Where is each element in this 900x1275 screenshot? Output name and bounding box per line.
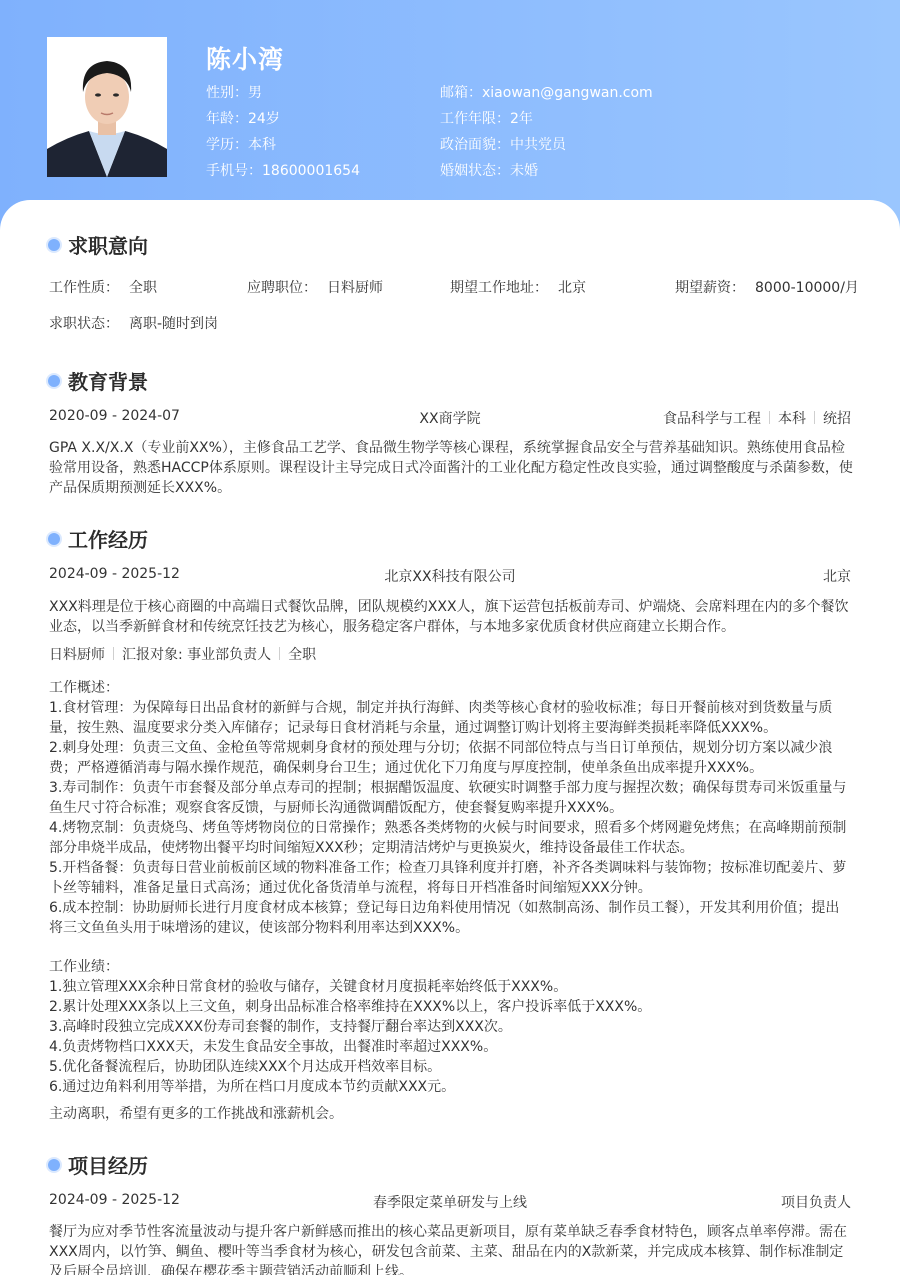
section-title-project: 项目经历 <box>48 1150 148 1179</box>
field-label: 工作性质： <box>49 280 119 296</box>
achievement-item: 3.高峰时段独立完成XXX份寿司套餐的制作，支持餐厅翻台率达到XXX次。 <box>49 1017 853 1037</box>
phone-field: 手机号：18600001654 <box>206 161 360 187</box>
field-value: 北京 <box>558 280 586 296</box>
overview-item: 2.刺身处理：负责三文鱼、金枪鱼等常规刺身食材的预处理与分切；依据不同部位特点与… <box>49 738 853 778</box>
overview-item: 1.食材管理：为保障每日出品食材的新鲜与合规，制定并执行海鲜、肉类等核心食材的验… <box>49 698 853 738</box>
section-title-text: 求职意向 <box>68 230 148 259</box>
field-label: 期望工作地址： <box>450 280 548 296</box>
section-title-job-intent: 求职意向 <box>48 230 148 259</box>
education-header-row: 2020-09 - 2024-07 XX商学院 食品科学与工程本科统招 <box>49 408 851 428</box>
age-field: 年龄：24岁 <box>206 109 360 135</box>
bullet-dot-icon <box>48 375 60 387</box>
candidate-name: 陈小湾 <box>206 40 284 76</box>
section-title-education: 教育背景 <box>48 366 148 395</box>
work-overview: 工作概述： 1.食材管理：为保障每日出品食材的新鲜与合规，制定并执行海鲜、肉类等… <box>49 678 853 938</box>
section-title-text: 项目经历 <box>68 1150 148 1179</box>
achievement-item: 6.通过边角料利用等举措，为所在档口月度成本节约贡献XXX元。 <box>49 1077 853 1097</box>
leave-reason: 主动离职，希望有更多的工作挑战和涨薪机会。 <box>49 1104 853 1124</box>
achievements-label: 工作业绩： <box>49 957 853 977</box>
job-status: 求职状态：离职-随时到岗 <box>49 313 218 333</box>
section-title-text: 工作经历 <box>68 524 148 553</box>
work-role-row: 日料厨师汇报对象: 事业部负责人全职 <box>49 644 316 664</box>
report-to: 汇报对象: 事业部负责人 <box>122 647 271 663</box>
overview-item: 5.开档备餐：负责每日营业前板前区域的物料准备工作；检查刀具锋利度并打磨，补齐各… <box>49 858 853 898</box>
divider <box>279 647 280 660</box>
target-location: 期望工作地址：北京 <box>450 277 586 297</box>
gender-field: 性别：男 <box>206 83 360 109</box>
job-role: 日料厨师 <box>49 647 105 663</box>
bullet-dot-icon <box>48 1159 60 1171</box>
divider <box>113 647 114 660</box>
company-intro: XXX料理是位于核心商圈的中高端日式餐饮品牌，团队规模约XXX人，旗下运营包括板… <box>49 597 853 637</box>
overview-item: 3.寿司制作：负责午市套餐及部分单点寿司的捏制；根据醋饭温度、软硬实时调整手部力… <box>49 778 853 818</box>
field-value: 8000-10000/月 <box>755 280 859 296</box>
bullet-dot-icon <box>48 533 60 545</box>
overview-label: 工作概述： <box>49 678 853 698</box>
basic-info-left: 性别：男 年龄：24岁 学历：本科 手机号：18600001654 <box>206 83 360 187</box>
work-header-row: 2024-09 - 2025-12 北京XX科技有限公司 北京 <box>49 566 851 586</box>
overview-item: 6.成本控制：协助厨师长进行月度食材成本核算；登记每日边角料使用情况（如熬制高汤… <box>49 898 853 938</box>
political-status-field: 政治面貌：中共党员 <box>440 135 653 161</box>
field-value: 日料厨师 <box>327 280 383 296</box>
marital-status-field: 婚姻状态：未婚 <box>440 161 653 187</box>
person-photo-icon <box>47 37 167 177</box>
work-achievements: 工作业绩： 1.独立管理XXX余种日常食材的验收与储存，关键食材月度损耗率始终低… <box>49 957 853 1097</box>
email-field: 邮箱：xiaowan@gangwan.com <box>440 83 653 109</box>
field-label: 期望薪资： <box>675 280 745 296</box>
project-header-row: 2024-09 - 2025-12 春季限定菜单研发与上线 项目负责人 <box>49 1192 851 1212</box>
overview-item: 4.烤物烹制：负责烧鸟、烤鱼等烤物岗位的日常操作；熟悉各类烤物的火候与时间要求，… <box>49 818 853 858</box>
school-name: XX商学院 <box>49 408 851 428</box>
target-position: 应聘职位：日料厨师 <box>247 277 383 297</box>
education-description: GPA X.X/X.X（专业前XX%），主修食品工艺学、食品微生物学等核心课程，… <box>49 438 853 498</box>
achievement-item: 1.独立管理XXX余种日常食材的验收与储存，关键食材月度损耗率始终低于XXX%。 <box>49 977 853 997</box>
section-title-work: 工作经历 <box>48 524 148 553</box>
achievement-item: 4.负责烤物档口XXX天，未发生食品安全事故，出餐准时率超过XXX%。 <box>49 1037 853 1057</box>
field-label: 求职状态： <box>49 316 119 332</box>
bullet-dot-icon <box>48 239 60 251</box>
achievement-item: 5.优化备餐流程后，协助团队连续XXX个月达成开档效率目标。 <box>49 1057 853 1077</box>
field-label: 应聘职位： <box>247 280 317 296</box>
achievement-item: 2.累计处理XXX条以上三文鱼，刺身出品标准合格率维持在XXX%以上，客户投诉率… <box>49 997 853 1017</box>
education-level-field: 学历：本科 <box>206 135 360 161</box>
job-nature: 工作性质：全职 <box>49 277 157 297</box>
field-value: 离职-随时到岗 <box>129 316 218 332</box>
company-name: 北京XX科技有限公司 <box>49 566 851 586</box>
work-years-field: 工作年限：2年 <box>440 109 653 135</box>
field-value: 全职 <box>129 280 157 296</box>
expected-salary: 期望薪资：8000-10000/月 <box>675 277 859 297</box>
basic-info-right: 邮箱：xiaowan@gangwan.com 工作年限：2年 政治面貌：中共党员… <box>440 83 653 187</box>
profile-photo <box>47 37 167 177</box>
job-type: 全职 <box>288 647 316 663</box>
section-title-text: 教育背景 <box>68 366 148 395</box>
project-description: 餐厅为应对季节性客流量波动与提升客户新鲜感而推出的核心菜品更新项目，原有菜单缺乏… <box>49 1222 853 1275</box>
project-name: 春季限定菜单研发与上线 <box>49 1192 851 1212</box>
